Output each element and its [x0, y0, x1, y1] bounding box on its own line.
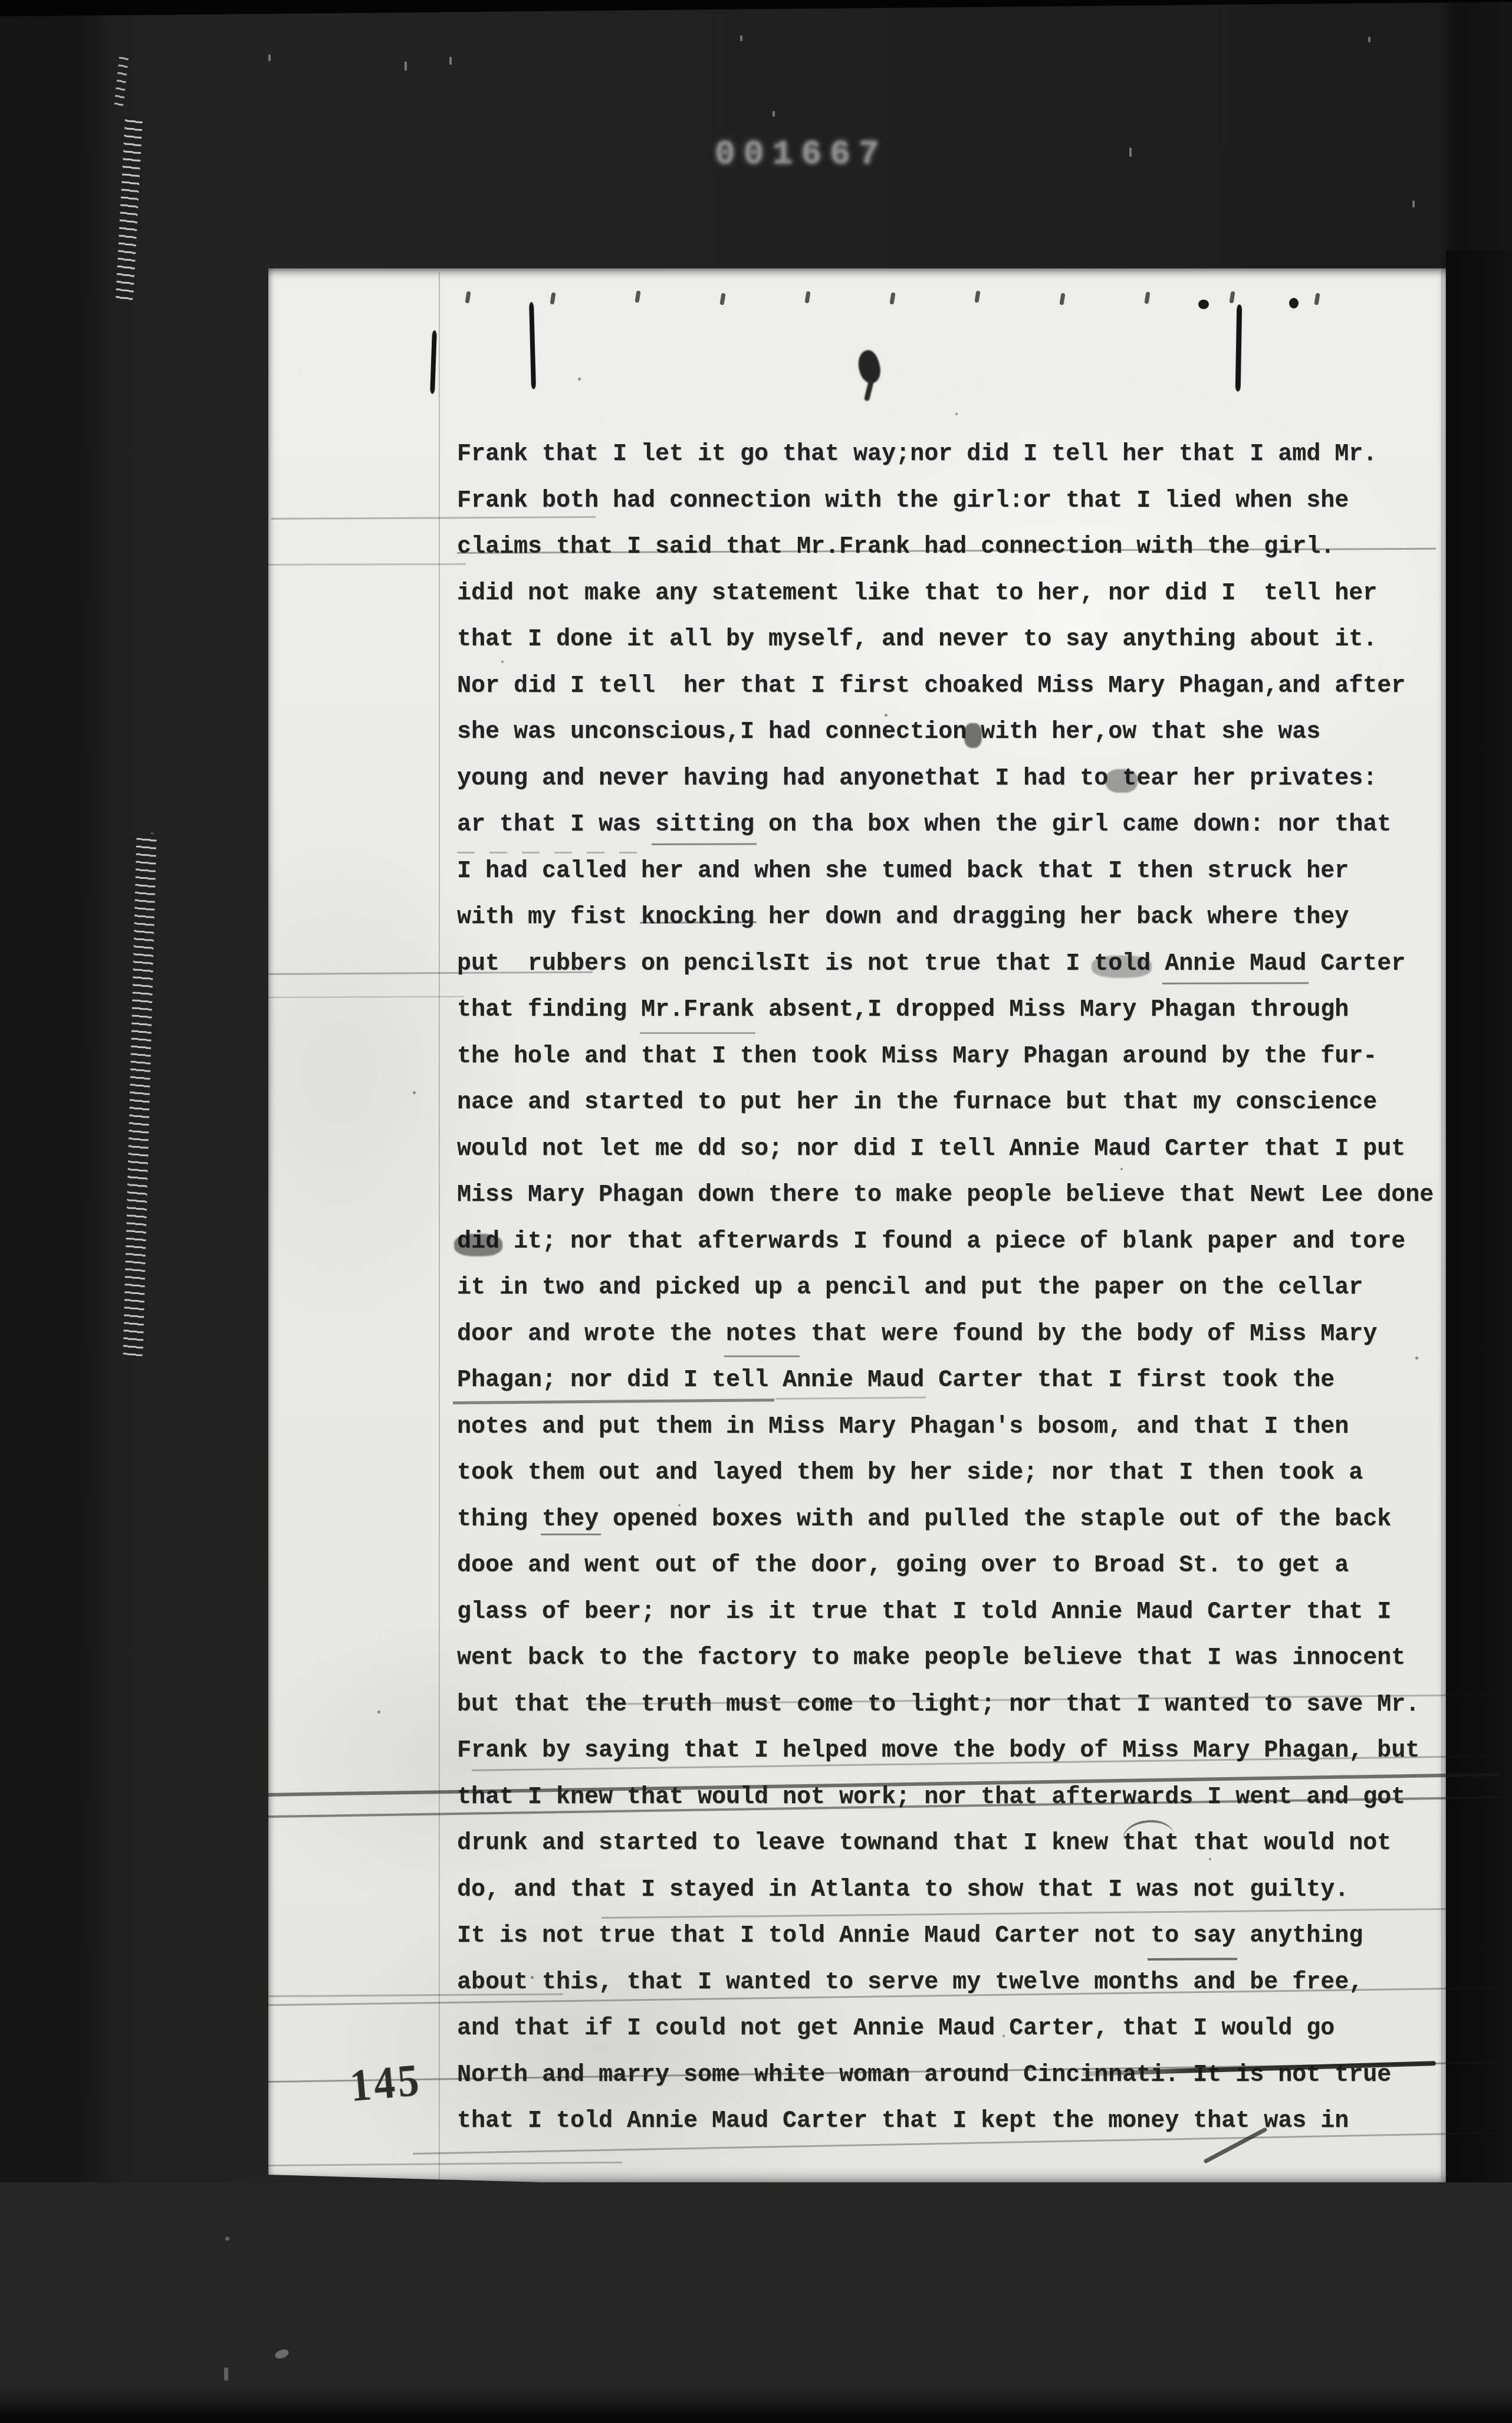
speckle	[955, 413, 958, 415]
film-speck	[740, 35, 742, 41]
document-line: Frank both had connection with the girl:…	[457, 478, 1454, 525]
document-line: Nor did I tell her that I first choaked …	[457, 664, 1454, 710]
margin-scribble-top	[114, 51, 129, 108]
speckle	[501, 661, 504, 663]
speckle	[413, 1091, 416, 1094]
document-text: Frank that I let it go that way;nor did …	[457, 432, 1454, 2145]
speckle	[678, 1504, 681, 1506]
document-line: the hole and that I then took Miss Mary …	[457, 1034, 1454, 1081]
dashed-line	[457, 852, 652, 853]
film-speck	[405, 61, 407, 71]
speckle	[578, 377, 581, 380]
underline-sitting	[652, 843, 757, 845]
ink-spot	[1198, 300, 1209, 309]
document-line: that I done it all by myself, and never …	[457, 617, 1454, 664]
document-line: glass of beer; nor is it true that I tol…	[457, 1590, 1454, 1636]
film-speck	[225, 2237, 229, 2241]
document-line: that finding Mr.Frank absent,I dropped M…	[457, 987, 1454, 1034]
film-speck	[1412, 201, 1415, 208]
film-speck	[224, 2368, 228, 2381]
underline-mr-frank	[640, 1032, 755, 1034]
document-line: put rubbers on pencilsIt is not true tha…	[457, 941, 1454, 988]
document-line: did it; nor that afterwards I found a pi…	[457, 1219, 1454, 1266]
document-line: drunk and started to leave townand that …	[457, 1821, 1454, 1867]
document-line: but that the truth must come to light; n…	[457, 1682, 1454, 1729]
document-line: dooe and went out of the door, going ove…	[457, 1543, 1454, 1590]
film-speck	[449, 57, 452, 65]
film-top-black-band	[0, 0, 1512, 17]
document-line: Frank that I let it go that way;nor did …	[457, 432, 1454, 478]
underline-notes	[724, 1355, 800, 1357]
film-frame-number-stamp: 001667	[715, 136, 927, 179]
margin-scribble-middle	[123, 833, 156, 1358]
film-right-black-margin	[1446, 250, 1512, 2194]
document-line: it in two and picked up a pencil and put…	[457, 1265, 1454, 1312]
document-line: with my fist knocking her down and dragg…	[457, 895, 1454, 941]
film-speck	[268, 54, 271, 61]
film-speck	[1368, 37, 1370, 42]
speckle	[1002, 2035, 1005, 2037]
document-line: notes and put them in Miss Mary Phagan's…	[457, 1404, 1454, 1451]
document-line: nace and started to put her in the furna…	[457, 1080, 1454, 1127]
film-bottom-band	[0, 2182, 1512, 2423]
document-line: took them out and layed them by her side…	[457, 1450, 1454, 1497]
document-line: door and wrote the notes that were found…	[457, 1312, 1454, 1358]
speckle	[1345, 448, 1347, 451]
underline-to-say	[1148, 1958, 1237, 1961]
overstrike-mark	[454, 1234, 502, 1256]
document-line: young and never having had anyonethat I …	[457, 756, 1454, 803]
speckle	[1209, 1858, 1211, 1860]
speckle	[885, 714, 888, 717]
film-speck	[773, 111, 775, 117]
document-line: would not let me dd so; nor did I tell A…	[457, 1127, 1454, 1173]
document-line: that I told Annie Maud Carter that I kep…	[457, 2099, 1454, 2145]
document-line: idid not make any statement like that to…	[457, 571, 1454, 618]
document-line: she was unconscious,I had connection wit…	[457, 710, 1454, 756]
speckle	[1120, 1168, 1123, 1170]
page-fold-line	[439, 271, 440, 2180]
speckle	[377, 1710, 380, 1713]
document-line: do, and that I stayed in Atlanta to show…	[457, 1867, 1454, 1914]
microfilm-frame: 001667 Frank that I let it go that way;n…	[0, 0, 1512, 2423]
speckle	[531, 1976, 534, 1979]
ink-spot	[1289, 298, 1299, 308]
speckle	[1386, 678, 1388, 681]
overstrike-mark	[964, 723, 982, 748]
document-line: claims that I said that Mr.Frank had con…	[457, 524, 1454, 571]
document-line: It is not true that I told Annie Maud Ca…	[457, 1913, 1454, 1960]
document-line: ar that I was sitting on tha box when th…	[457, 802, 1454, 849]
document-line: Miss Mary Phagan down there to make peop…	[457, 1173, 1454, 1219]
speckle	[1415, 1357, 1418, 1360]
document-line: went back to the factory to make people …	[457, 1636, 1454, 1682]
document-line: I had called her and when she tumed back…	[457, 849, 1454, 895]
document-line: thing they opened boxes with and pulled …	[457, 1497, 1454, 1544]
overstrike-mark	[1106, 769, 1138, 793]
overstrike-mark	[1092, 956, 1152, 978]
page-number: 145	[348, 2053, 424, 2112]
film-speck	[1129, 147, 1132, 157]
underline-they	[541, 1534, 601, 1535]
margin-scribble-upper	[116, 115, 143, 301]
document-line: and that if I could not get Annie Maud C…	[457, 2006, 1454, 2053]
document-line: Phagan; nor did I tell Annie Maud Carter…	[457, 1358, 1454, 1404]
